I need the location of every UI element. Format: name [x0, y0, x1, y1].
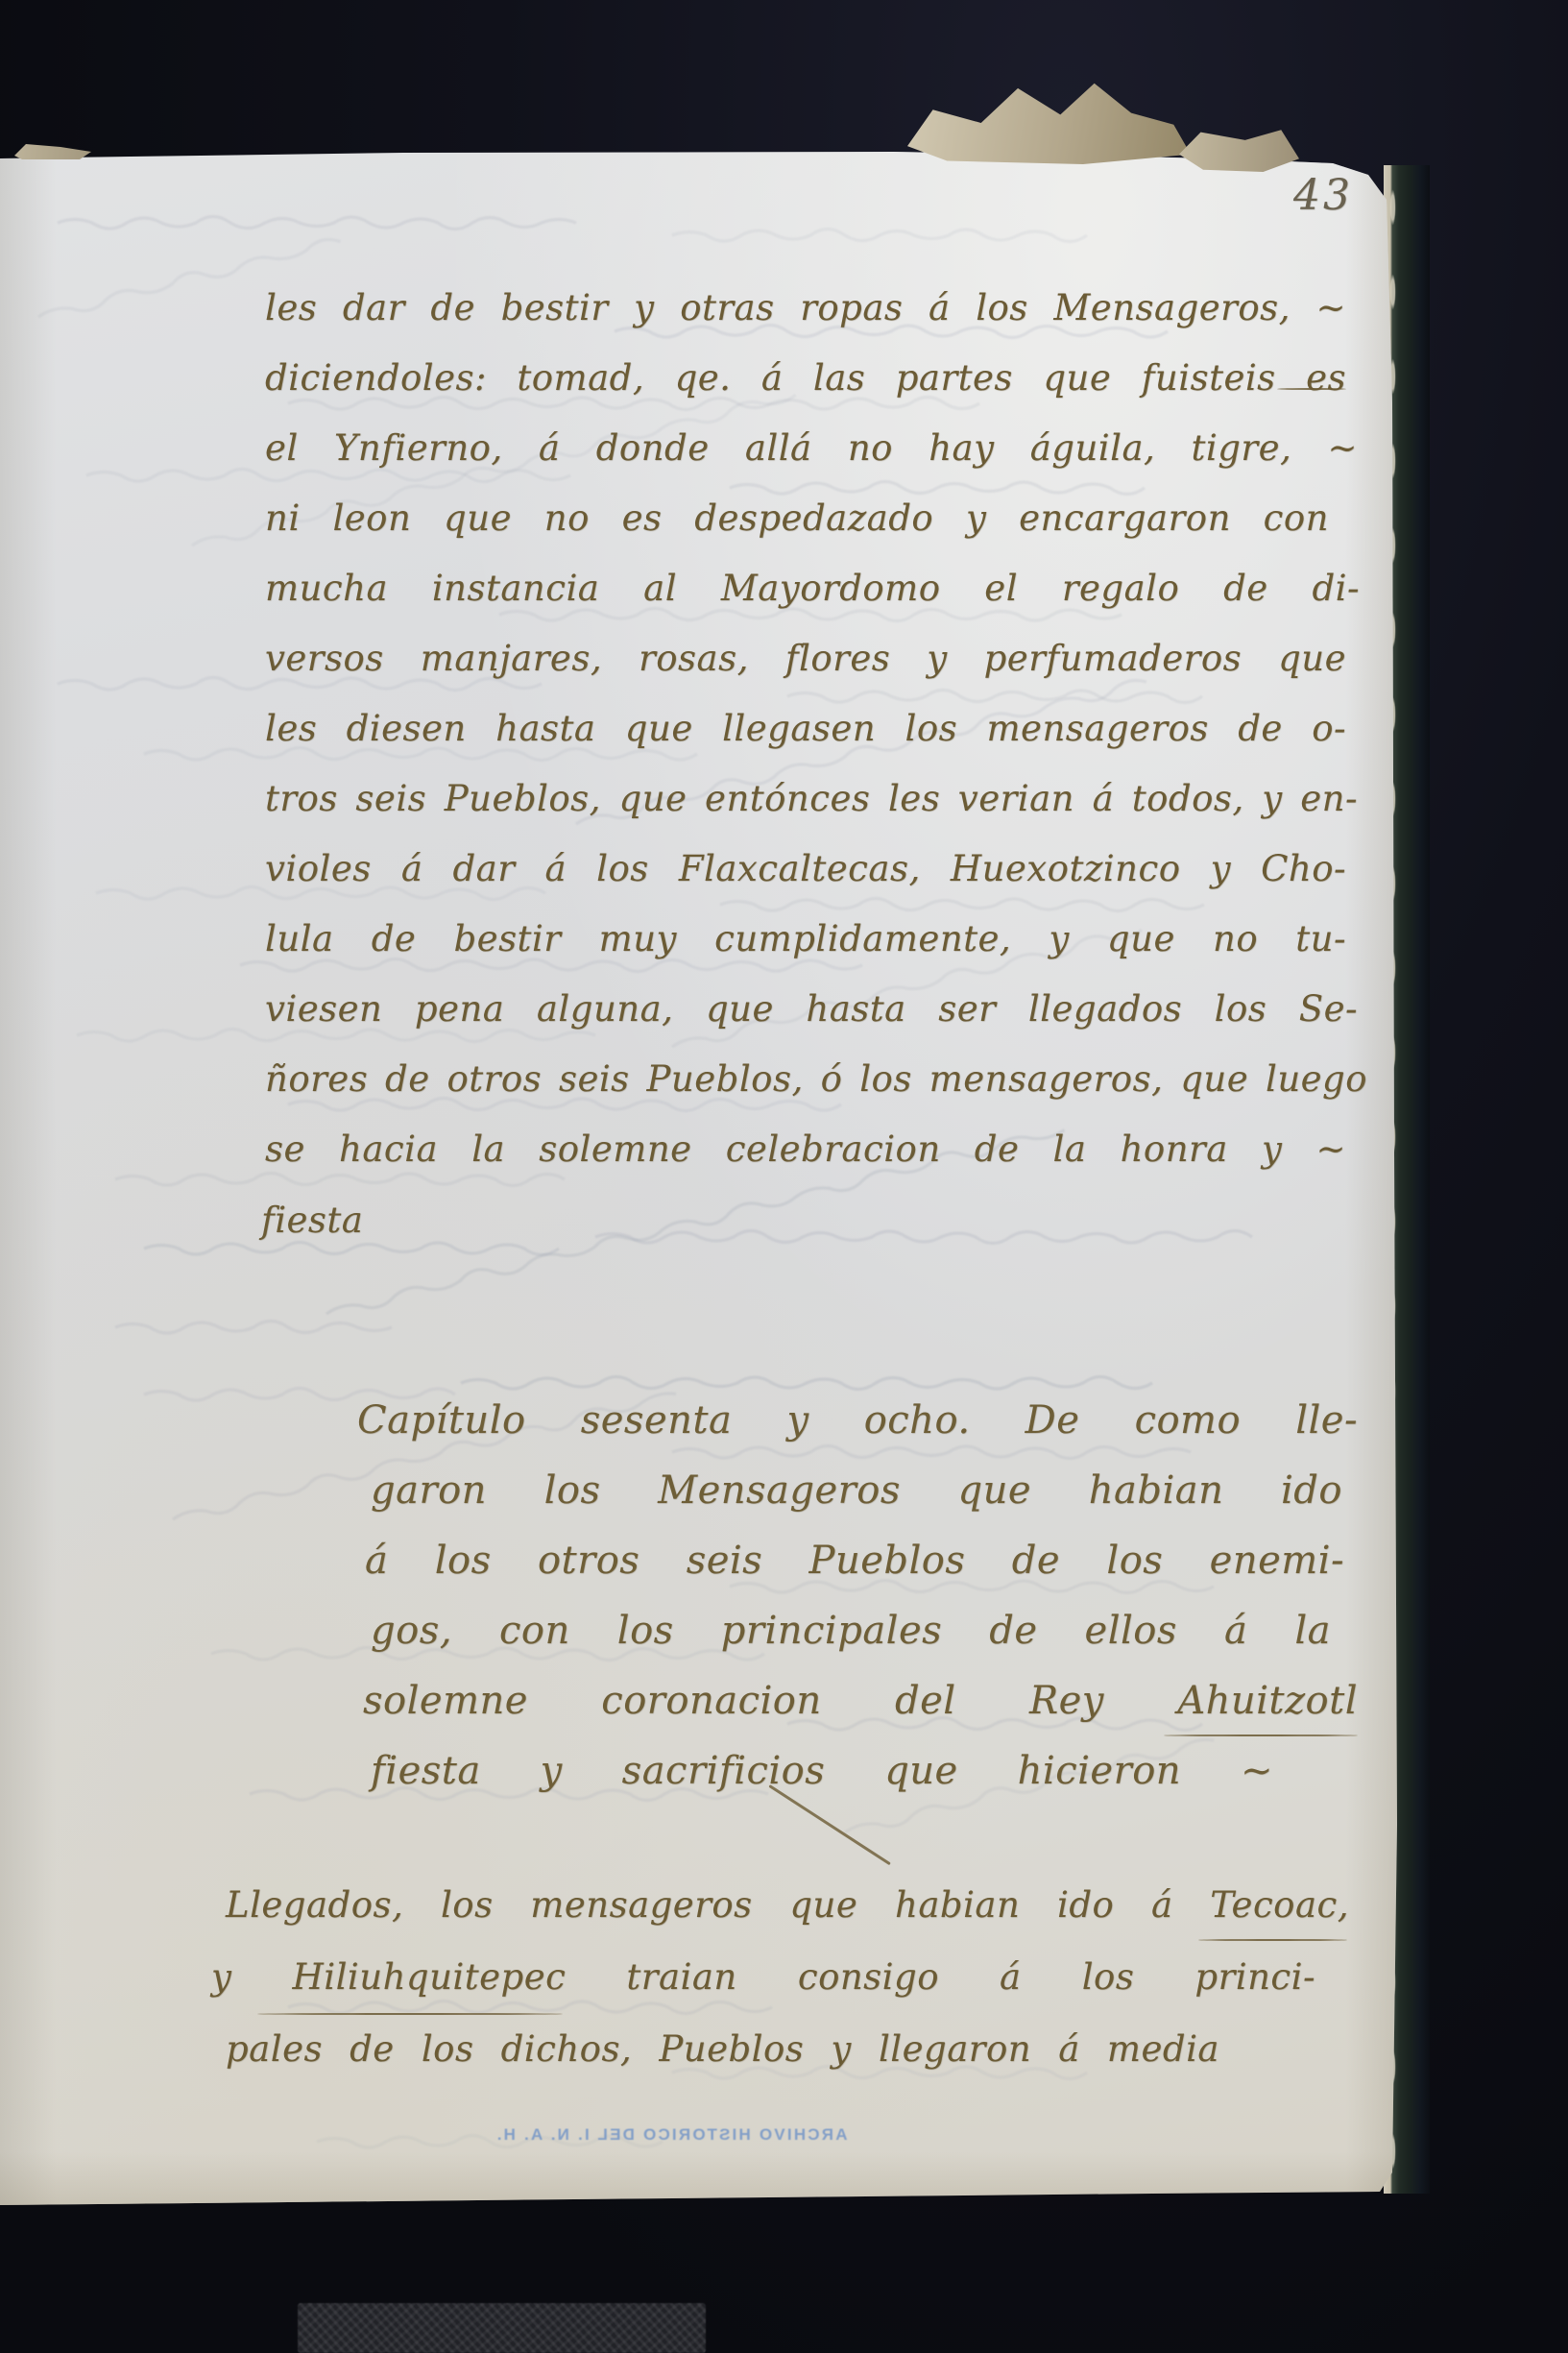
chapter-heading-line: fiesta y sacrificios que hicieron ~ [371, 1741, 1273, 1801]
handwriting-line: tros seis Pueblos, que entónces les veri… [265, 769, 1358, 829]
chapter-heading-line: garon los Mensageros que habian ido [371, 1461, 1342, 1520]
handwriting-line: ñores de otros seis Pueblos, ó los mensa… [265, 1050, 1367, 1109]
chapter-heading-line: Capítulo sesenta y ocho. De como lle- [357, 1391, 1358, 1450]
handwriting-line: el Ynfierno, á donde allá no hay águila,… [265, 419, 1358, 478]
mount-patch [298, 2303, 706, 2353]
photo-background: les dar de bestir y otras ropas á los Me… [0, 0, 1568, 2353]
handwriting-line: violes á dar á los Flaxcaltecas, Huexotz… [265, 839, 1346, 899]
handwriting-line: pales de los dichos, Pueblos y llegaron … [226, 2020, 1219, 2079]
handwriting-line: les dar de bestir y otras ropas á los Me… [265, 279, 1346, 338]
paper-fragment [14, 140, 91, 159]
handwriting-line: se hacia la solemne celebracion de la ho… [265, 1120, 1346, 1179]
handwriting-line: versos manjares, rosas, flores y perfuma… [265, 629, 1346, 689]
handwriting-line: viesen pena alguna, que hasta ser llegad… [265, 980, 1358, 1039]
ink-underline [1277, 388, 1346, 390]
handwriting-line: Llegados, los mensageros que habian ido … [226, 1876, 1349, 1935]
chapter-heading-line: gos, con los principales de ellos á la [371, 1601, 1331, 1661]
handwriting-line: les diesen hasta que llegasen los mensag… [265, 699, 1346, 759]
manuscript-page: les dar de bestir y otras ropas á los Me… [0, 0, 1402, 2219]
handwriting-line: diciendoles: tomad, qe. á las partes que… [265, 349, 1346, 408]
ink-underline [257, 2013, 563, 2015]
handwriting-line: y Hiliuhquitepec traian consigo á los pr… [211, 1948, 1315, 2007]
handwriting-line: lula de bestir muy cumplidamente, y que … [265, 910, 1346, 969]
ink-underline [1164, 1734, 1358, 1736]
handwriting-line: fiesta [261, 1191, 363, 1250]
handwriting-line: ni leon que no es despedazado y encargar… [265, 489, 1329, 548]
handwriting-line: mucha instancia al Mayordomo el regalo d… [265, 559, 1360, 619]
archive-stamp-mirrored: ARCHIVO HISTORICO DEL I. N. A. H. [485, 2119, 857, 2151]
folio-number: 43 [1293, 171, 1353, 220]
chapter-heading-line: á los otros seis Pueblos de los enemi- [365, 1531, 1344, 1590]
chapter-heading-line: solemne coronacion del Rey Ahuitzotl [363, 1671, 1358, 1731]
paper-fragment [907, 82, 1191, 164]
ink-underline [1198, 1939, 1347, 1941]
